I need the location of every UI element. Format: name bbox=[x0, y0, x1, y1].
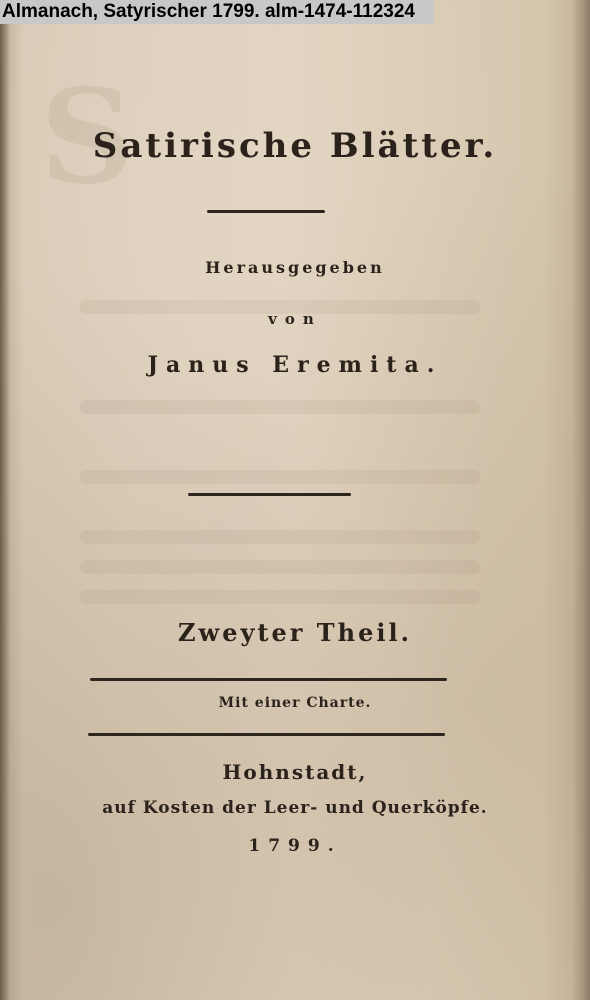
bleed-through-text bbox=[80, 530, 480, 544]
scanned-title-page: S Satirische Blätter. Herausgegeben von … bbox=[0, 0, 590, 1000]
map-note: Mit einer Charte. bbox=[0, 695, 590, 711]
divider-rule bbox=[90, 678, 447, 681]
divider-rule bbox=[188, 493, 351, 496]
imprint-publisher: auf Kosten der Leer- und Querköpfe. bbox=[0, 798, 590, 818]
catalog-label: Almanach, Satyrischer 1799. alm-1474-112… bbox=[0, 0, 434, 24]
bleed-through-text bbox=[80, 470, 480, 484]
bleed-through-text bbox=[80, 560, 480, 574]
edited-line: Herausgegeben bbox=[0, 258, 590, 277]
part-title: Zweyter Theil. bbox=[0, 618, 590, 647]
book-title: Satirische Blätter. bbox=[0, 126, 590, 166]
author-name: Janus Eremita. bbox=[0, 352, 590, 378]
by-line: von bbox=[0, 310, 590, 328]
bleed-through-text bbox=[80, 400, 480, 414]
bleed-through-text bbox=[80, 590, 480, 604]
divider-rule bbox=[207, 210, 325, 213]
divider-rule bbox=[88, 733, 445, 736]
imprint-place: Hohnstadt, bbox=[0, 760, 590, 784]
imprint-year: 1799. bbox=[0, 836, 590, 856]
